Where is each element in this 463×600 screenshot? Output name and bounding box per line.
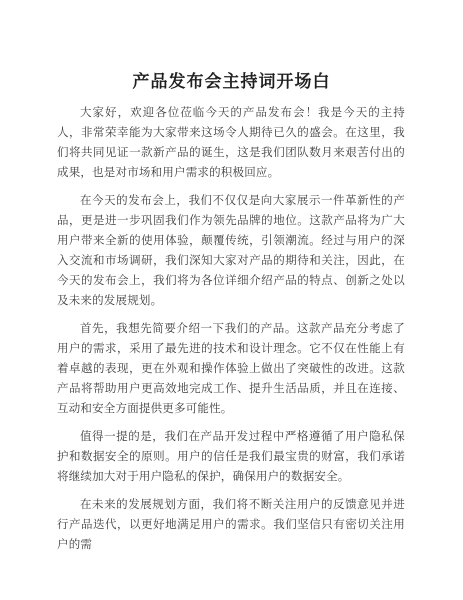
paragraph-product-intro: 首先，我想先简要介绍一下我们的产品。这款产品充分考虑了用户的需求，采用了最先进的… — [57, 319, 405, 419]
document-title: 产品发布会主持词开场白 — [0, 0, 463, 92]
paragraph-future-plans-truncated: 在未来的发展规划方面，我们将不断关注用户的反馈意见并进行产品迭代，以更好地满足用… — [57, 495, 405, 555]
paragraph-privacy: 值得一提的是，我们在产品开发过程中严格遵循了用户隐私保护和数据安全的原则。用户的… — [57, 427, 405, 487]
document-page: 产品发布会主持词开场白 大家好，欢迎各位莅临今天的产品发布会！我是今天的主持人，… — [0, 0, 463, 600]
paragraph-greeting: 大家好，欢迎各位莅临今天的产品发布会！我是今天的主持人，非常荣幸能为大家带来这场… — [57, 103, 405, 183]
paragraph-launch-purpose: 在今天的发布会上，我们不仅仅是向大家展示一件革新性的产品，更是进一步巩固我们作为… — [57, 191, 405, 311]
document-body: 大家好，欢迎各位莅临今天的产品发布会！我是今天的主持人，非常荣幸能为大家带来这场… — [0, 103, 463, 555]
